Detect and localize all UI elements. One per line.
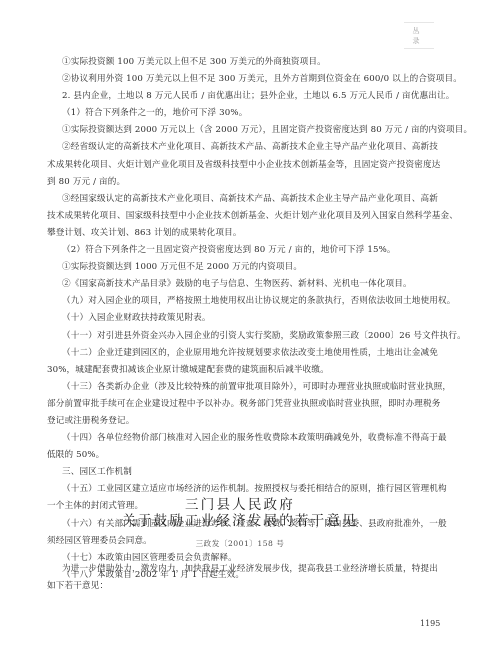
body-line: 术成果转化项目、火炬计划产业化项目及省级科技型中小企业技术创新基金等，且固定资产…	[47, 157, 437, 174]
body-line: ②经省级认定的高新技术产业化项目、高新技术产品、高新技术企业主导产品产业化项目、…	[47, 139, 437, 156]
body-line: ②协议利用外资 100 万美元以上但不足 300 万美元，且外方首期到位资金在 …	[47, 71, 437, 88]
section-heading: 三、园区工作机制	[47, 464, 437, 481]
body-line: （十五）工业园区建立适应市场经济的运作机制。按照授权与委托相结合的原则，推行园区…	[47, 481, 437, 498]
body-line: 2. 县内企业，土地以 8 万元人民币 / 亩优惠出让；县外企业，土地以 6.5…	[47, 88, 437, 105]
body-line: （十四）各单位经物价部门核准对入园企业的服务性收费除本政策明确减免外，收费标准不…	[47, 430, 437, 447]
intro-line: 如下若干意见：	[47, 578, 437, 595]
body-line: （十二）企业迁建到园区的，企业原用地允许按规划要求依法改变土地使用性质，土地出让…	[47, 345, 437, 362]
body-line: ②《国家高新技术产品目录》鼓励的电子与信息、生物医药、新材料、光机电一体化项目。	[47, 276, 437, 293]
document-title-block: 三门县人民政府 关于鼓励工业经济发展的若干意见 三政发〔2001〕158 号	[0, 498, 480, 549]
body-line: （十）入园企业财政扶持政策见附表。	[47, 310, 437, 327]
issuer-title: 三门县人民政府	[0, 498, 480, 514]
intro-line: 为进一步借助外力，激发内力，加快我县工业经济发展步伐，提高我县工业经济增长质量，…	[47, 561, 437, 578]
body-line: （十一）对引进县外资金兴办入园企业的引资人实行奖励，奖励政策参照三政〔2000〕…	[47, 328, 437, 345]
body-line: （十三）各类新办企业（涉及比较特殊的前置审批项目除外），可即时办理营业执照或临时…	[47, 379, 437, 396]
document-number: 三政发〔2001〕158 号	[0, 538, 480, 549]
body-line: 登记或注册税务登记。	[47, 413, 437, 430]
body-line: ①实际投资额达到 2000 万元以上（含 2000 万元），且固定资产投资密度达…	[47, 122, 437, 139]
body-line: 部分前置审批手续可在企业建设过程中予以补办。税务部门凭营业执照或临时营业执照，即…	[47, 396, 437, 413]
body-line: 30%，城建配套费扣减该企业原计缴城建配套费的建筑面积后减半收缴。	[47, 362, 437, 379]
intro-paragraph: 为进一步借助外力，激发内力，加快我县工业经济发展步伐，提高我县工业经济增长质量，…	[47, 561, 437, 595]
body-line: ③经国家级认定的高新技术产业化项目、高新技术产品、高新技术企业主导产品产业化项目…	[47, 191, 437, 208]
page-number: 1195	[420, 619, 440, 628]
body-line: ①实际投资额达到 1000 万元但不足 2000 万元的内资项目。	[47, 259, 437, 276]
body-line: （2）符合下列条件之一且固定资产投资密度达到 80 万元 / 亩的，地价可下浮 …	[47, 242, 437, 259]
body-line: 技术成果转化项目、国家级科技型中小企业技术创新基金、火炬计划产业化项目及列入国家…	[47, 208, 437, 225]
document-title: 关于鼓励工业经济发展的若干意见	[0, 514, 480, 530]
body-line: （1）符合下列条件之一的，地价可下浮 30%。	[47, 105, 437, 122]
body-line: 到 80 万元 / 亩的。	[47, 174, 437, 191]
body-line: （九）对入园企业的项目，严格按照土地使用权出让协议规定的条款执行，否则依法收回土…	[47, 293, 437, 310]
body-line: 攀登计划、攻关计划、863 计划的成果转化项目。	[47, 225, 437, 242]
body-line: ①实际投资额 100 万美元以上但不足 300 万美元的外商独资项目。	[47, 54, 437, 71]
running-header-mark: 丛 录	[404, 22, 434, 49]
body-line: 低限的 50%。	[47, 447, 437, 464]
